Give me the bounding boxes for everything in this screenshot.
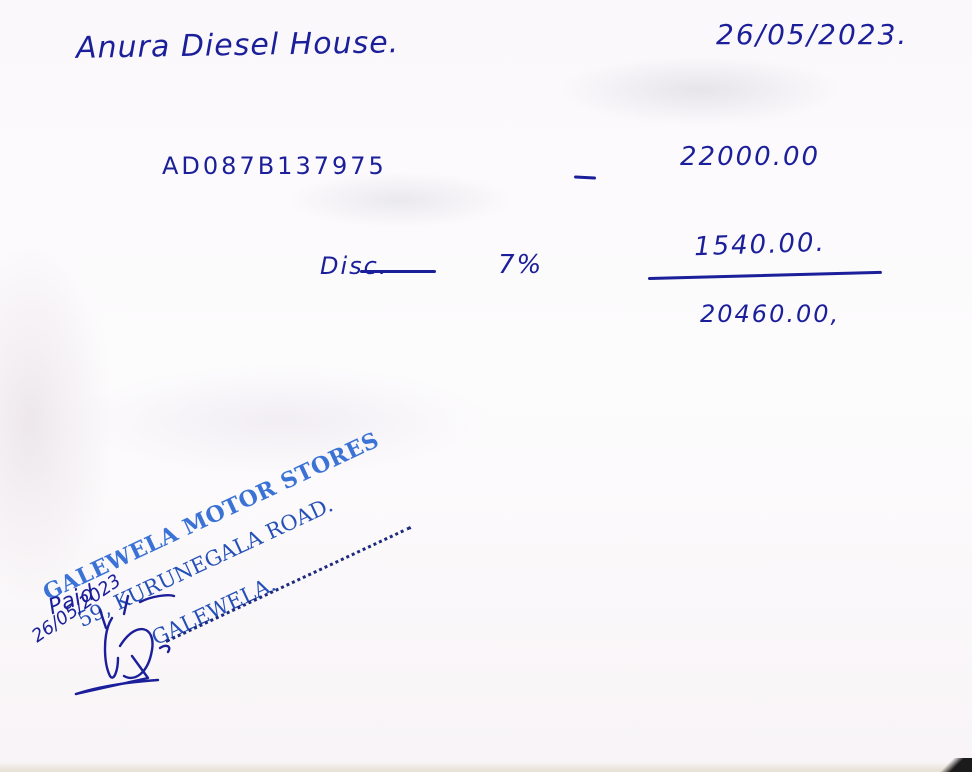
discount-rate: 7% bbox=[498, 250, 543, 280]
net-total: 20460.00, bbox=[700, 300, 840, 328]
discount-label: Disc. bbox=[320, 252, 388, 280]
vendor-name: Anura Diesel House. bbox=[76, 25, 400, 66]
part-number: AD087B137975 bbox=[162, 152, 387, 180]
discount-amount: 1540.00. bbox=[694, 228, 827, 263]
corner-shadow bbox=[932, 758, 972, 772]
discount-underline bbox=[360, 270, 436, 273]
bill-date: 26/05/2023. bbox=[716, 18, 908, 51]
item-amount: 22000.00 bbox=[680, 142, 820, 172]
paper-bottom-edge bbox=[0, 762, 972, 772]
business-stamp: GALEWELA MOTOR STORES 59, KURUNEGALA ROA… bbox=[40, 420, 420, 680]
signature-icon bbox=[40, 420, 420, 700]
